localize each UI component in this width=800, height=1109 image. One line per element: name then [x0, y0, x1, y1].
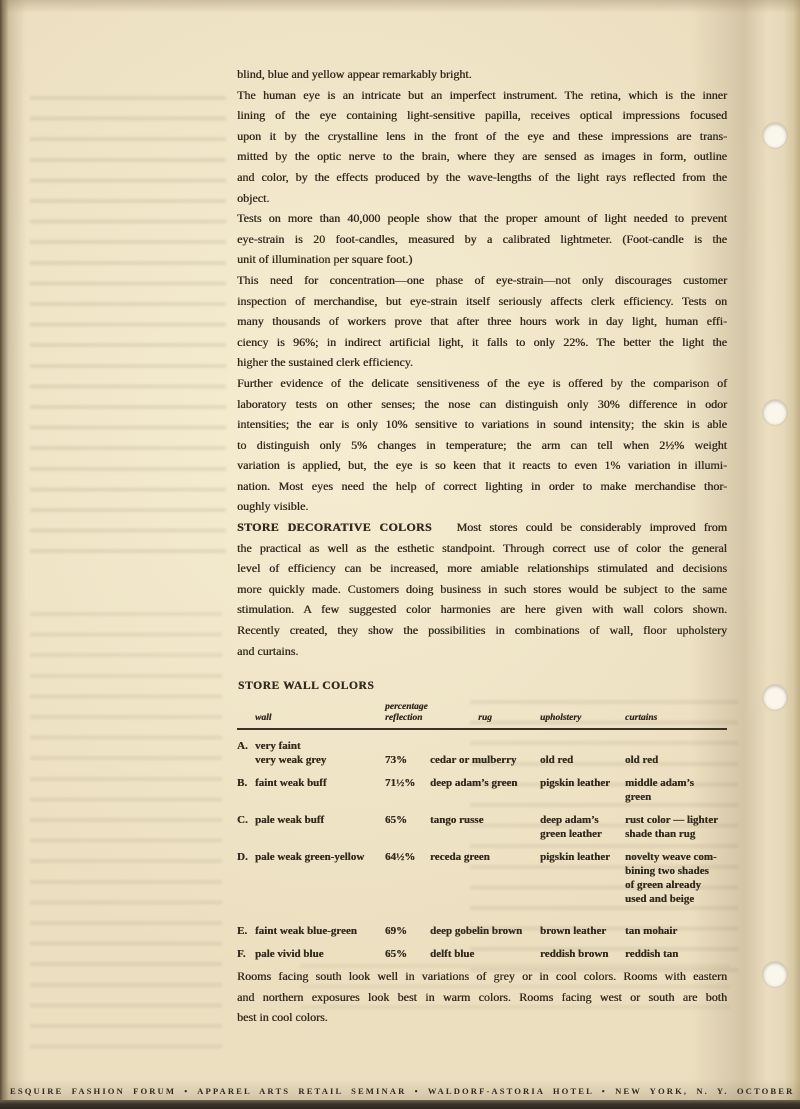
text-line: object.: [237, 188, 727, 209]
upholstery-cell: pigskin leather: [540, 850, 625, 906]
text-line: best in cool colors.: [237, 1007, 727, 1028]
percentage-reflection-cell: 65%: [385, 813, 430, 841]
text-line: mitted by the optic nerve to the brain, …: [237, 146, 727, 167]
column-header-upholstery: upholstery: [540, 713, 625, 724]
upholstery-cell: pigskin leather: [540, 776, 625, 804]
wall-cell: E.faint weak blue-green: [237, 924, 385, 938]
curtains-cell: tan mohair: [625, 924, 727, 938]
table-row: B.faint weak buff71½%deep adam’s greenpi…: [237, 776, 727, 804]
row-letter: F.: [237, 947, 255, 961]
footer-line: ESQUIRE FASHION FORUM • APPAREL ARTS RET…: [10, 1083, 796, 1098]
text-line: inspection of merchandise, but eye-strai…: [237, 291, 727, 312]
percentage-reflection-cell: 69%: [385, 924, 430, 938]
row-letter: C.: [237, 813, 255, 841]
rug-cell: receda green: [430, 850, 540, 906]
text-line: lining of the eye containing light-sensi…: [237, 105, 727, 126]
column-header-wall: wall: [237, 713, 385, 724]
text-line: and curtains.: [237, 641, 727, 662]
paragraph-intro-fragment: blind, blue and yellow appear remarkably…: [237, 64, 727, 85]
percentage-reflection-cell: 64½%: [385, 850, 430, 906]
column-header-percentage-reflection: percentage reflection: [385, 702, 430, 724]
closing-paragraph: Rooms facing south look well in variatio…: [237, 966, 727, 1028]
text-line: the practical as well as the esthetic st…: [237, 538, 727, 559]
text-line: intensities; the ear is only 10% sensiti…: [237, 414, 727, 435]
column-header-percentage-line1: percentage: [385, 702, 430, 713]
text-line: ciency is 96%; in indirect artificial li…: [237, 332, 727, 353]
row-letter: B.: [237, 776, 255, 804]
table-row: D.pale weak green-yellow64½%receda green…: [237, 850, 727, 906]
store-wall-colors-table: wall percentage reflection rug upholster…: [237, 702, 727, 970]
document-content: blind, blue and yellow appear remarkably…: [0, 0, 800, 1109]
wall-color-name: pale weak buff: [255, 813, 385, 841]
text-line: variation is applied, but, the eye is so…: [237, 455, 727, 476]
body-paragraphs: blind, blue and yellow appear remarkably…: [237, 64, 727, 661]
scan-bottom-edge: [0, 1100, 800, 1109]
text-line: many thousands of workers prove that aft…: [237, 311, 727, 332]
curtains-cell: middle adam’s green: [625, 776, 727, 804]
rug-cell: tango russe: [430, 813, 540, 841]
table-title: STORE WALL COLORS: [238, 680, 374, 692]
text-line: Tests on more than 40,000 people show th…: [237, 208, 727, 229]
text-line: Further evidence of the delicate sensiti…: [237, 373, 727, 394]
text-line: blind, blue and yellow appear remarkably…: [237, 64, 727, 85]
text-line: laboratory tests on other senses; the no…: [237, 394, 727, 415]
percentage-reflection-cell: 65%: [385, 947, 430, 961]
row-letter: E.: [237, 924, 255, 938]
curtains-cell: reddish tan: [625, 947, 727, 961]
text-line: and color, by the effects produced by th…: [237, 167, 727, 188]
text-line: The human eye is an intricate but an imp…: [237, 85, 727, 106]
table-row: C.pale weak buff65%tango russedeep adam’…: [237, 813, 727, 841]
rug-cell: deep adam’s green: [430, 776, 540, 804]
paragraph-senses-comparison: Further evidence of the delicate sensiti…: [237, 373, 727, 517]
paragraph-light-tests: Tests on more than 40,000 people show th…: [237, 208, 727, 270]
text-line: higher the sustained clerk efficiency.: [237, 352, 727, 373]
percentage-reflection-cell: 73%: [385, 753, 430, 767]
upholstery-cell: reddish brown: [540, 947, 625, 961]
wall-color-name: pale vivid blue: [255, 947, 385, 961]
rug-cell: deep gobelin brown: [430, 924, 540, 938]
text-line: eye-strain is 20 foot-candles, measured …: [237, 229, 727, 250]
wall-cell: C.pale weak buff: [237, 813, 385, 841]
text-line: upon it by the crystalline lens in the f…: [237, 126, 727, 147]
wall-color-name: faint weak buff: [255, 776, 385, 804]
rug-cell: cedar or mulberry: [430, 753, 540, 767]
paragraph-eye-strain: This need for concentration—one phase of…: [237, 270, 727, 373]
text-line: Recently created, they show the possibil…: [237, 620, 727, 641]
text-line: This need for concentration—one phase of…: [237, 270, 727, 291]
footer-text: ESQUIRE FASHION FORUM • APPAREL ARTS RET…: [10, 1086, 794, 1096]
text-line: level of efficiency can be increased, mo…: [237, 558, 727, 579]
upholstery-cell: old red: [540, 753, 625, 767]
wall-color-name: pale weak green-yellow: [255, 850, 385, 906]
text-line: stimulation. A few suggested color harmo…: [237, 599, 727, 620]
upholstery-cell: brown leather: [540, 924, 625, 938]
text-line: more quickly made. Customers doing busin…: [237, 579, 727, 600]
column-header-rug: rug: [430, 713, 540, 724]
rug-cell: delft blue: [430, 947, 540, 961]
curtains-cell: old red: [625, 753, 727, 767]
text-line: STORE DECORATIVE COLORS Most stores coul…: [237, 517, 727, 538]
wall-cell: F.pale vivid blue: [237, 947, 385, 961]
column-header-percentage-line2: reflection: [385, 713, 430, 724]
text-line: Rooms facing south look well in variatio…: [237, 966, 727, 987]
table-body: A.very faint very weak grey73%cedar or m…: [237, 730, 727, 961]
column-header-curtains: curtains: [625, 713, 727, 724]
upholstery-cell: deep adam’s green leather: [540, 813, 625, 841]
wall-color-name: very faint very weak grey: [255, 739, 385, 767]
paragraph-human-eye: The human eye is an intricate but an imp…: [237, 85, 727, 209]
table-header-row: wall percentage reflection rug upholster…: [237, 702, 727, 730]
percentage-reflection-cell: 71½%: [385, 776, 430, 804]
table-row: F.pale vivid blue65%delft bluereddish br…: [237, 947, 727, 961]
wall-cell: D.pale weak green-yellow: [237, 850, 385, 906]
wall-cell: A.very faint very weak grey: [237, 739, 385, 767]
text-line: to distinguish only 5% changes in temper…: [237, 435, 727, 456]
text-line: nation. Most eyes need the help of corre…: [237, 476, 727, 497]
wall-color-name: faint weak blue-green: [255, 924, 385, 938]
paragraph-store-decorative-colors: STORE DECORATIVE COLORS Most stores coul…: [237, 517, 727, 661]
curtains-cell: novelty weave com- bining two shades of …: [625, 850, 727, 906]
text-line: oughly visible.: [237, 496, 727, 517]
table-row: E.faint weak blue-green69%deep gobelin b…: [237, 924, 727, 938]
row-letter: A.: [237, 739, 255, 767]
text-line: unit of illumination per square foot.): [237, 249, 727, 270]
table-row: A.very faint very weak grey73%cedar or m…: [237, 739, 727, 767]
curtains-cell: rust color — lighter shade than rug: [625, 813, 727, 841]
wall-cell: B.faint weak buff: [237, 776, 385, 804]
row-letter: D.: [237, 850, 255, 906]
scanned-document-page: blind, blue and yellow appear remarkably…: [0, 0, 800, 1109]
text-line: and northern exposures look best in warm…: [237, 987, 727, 1008]
